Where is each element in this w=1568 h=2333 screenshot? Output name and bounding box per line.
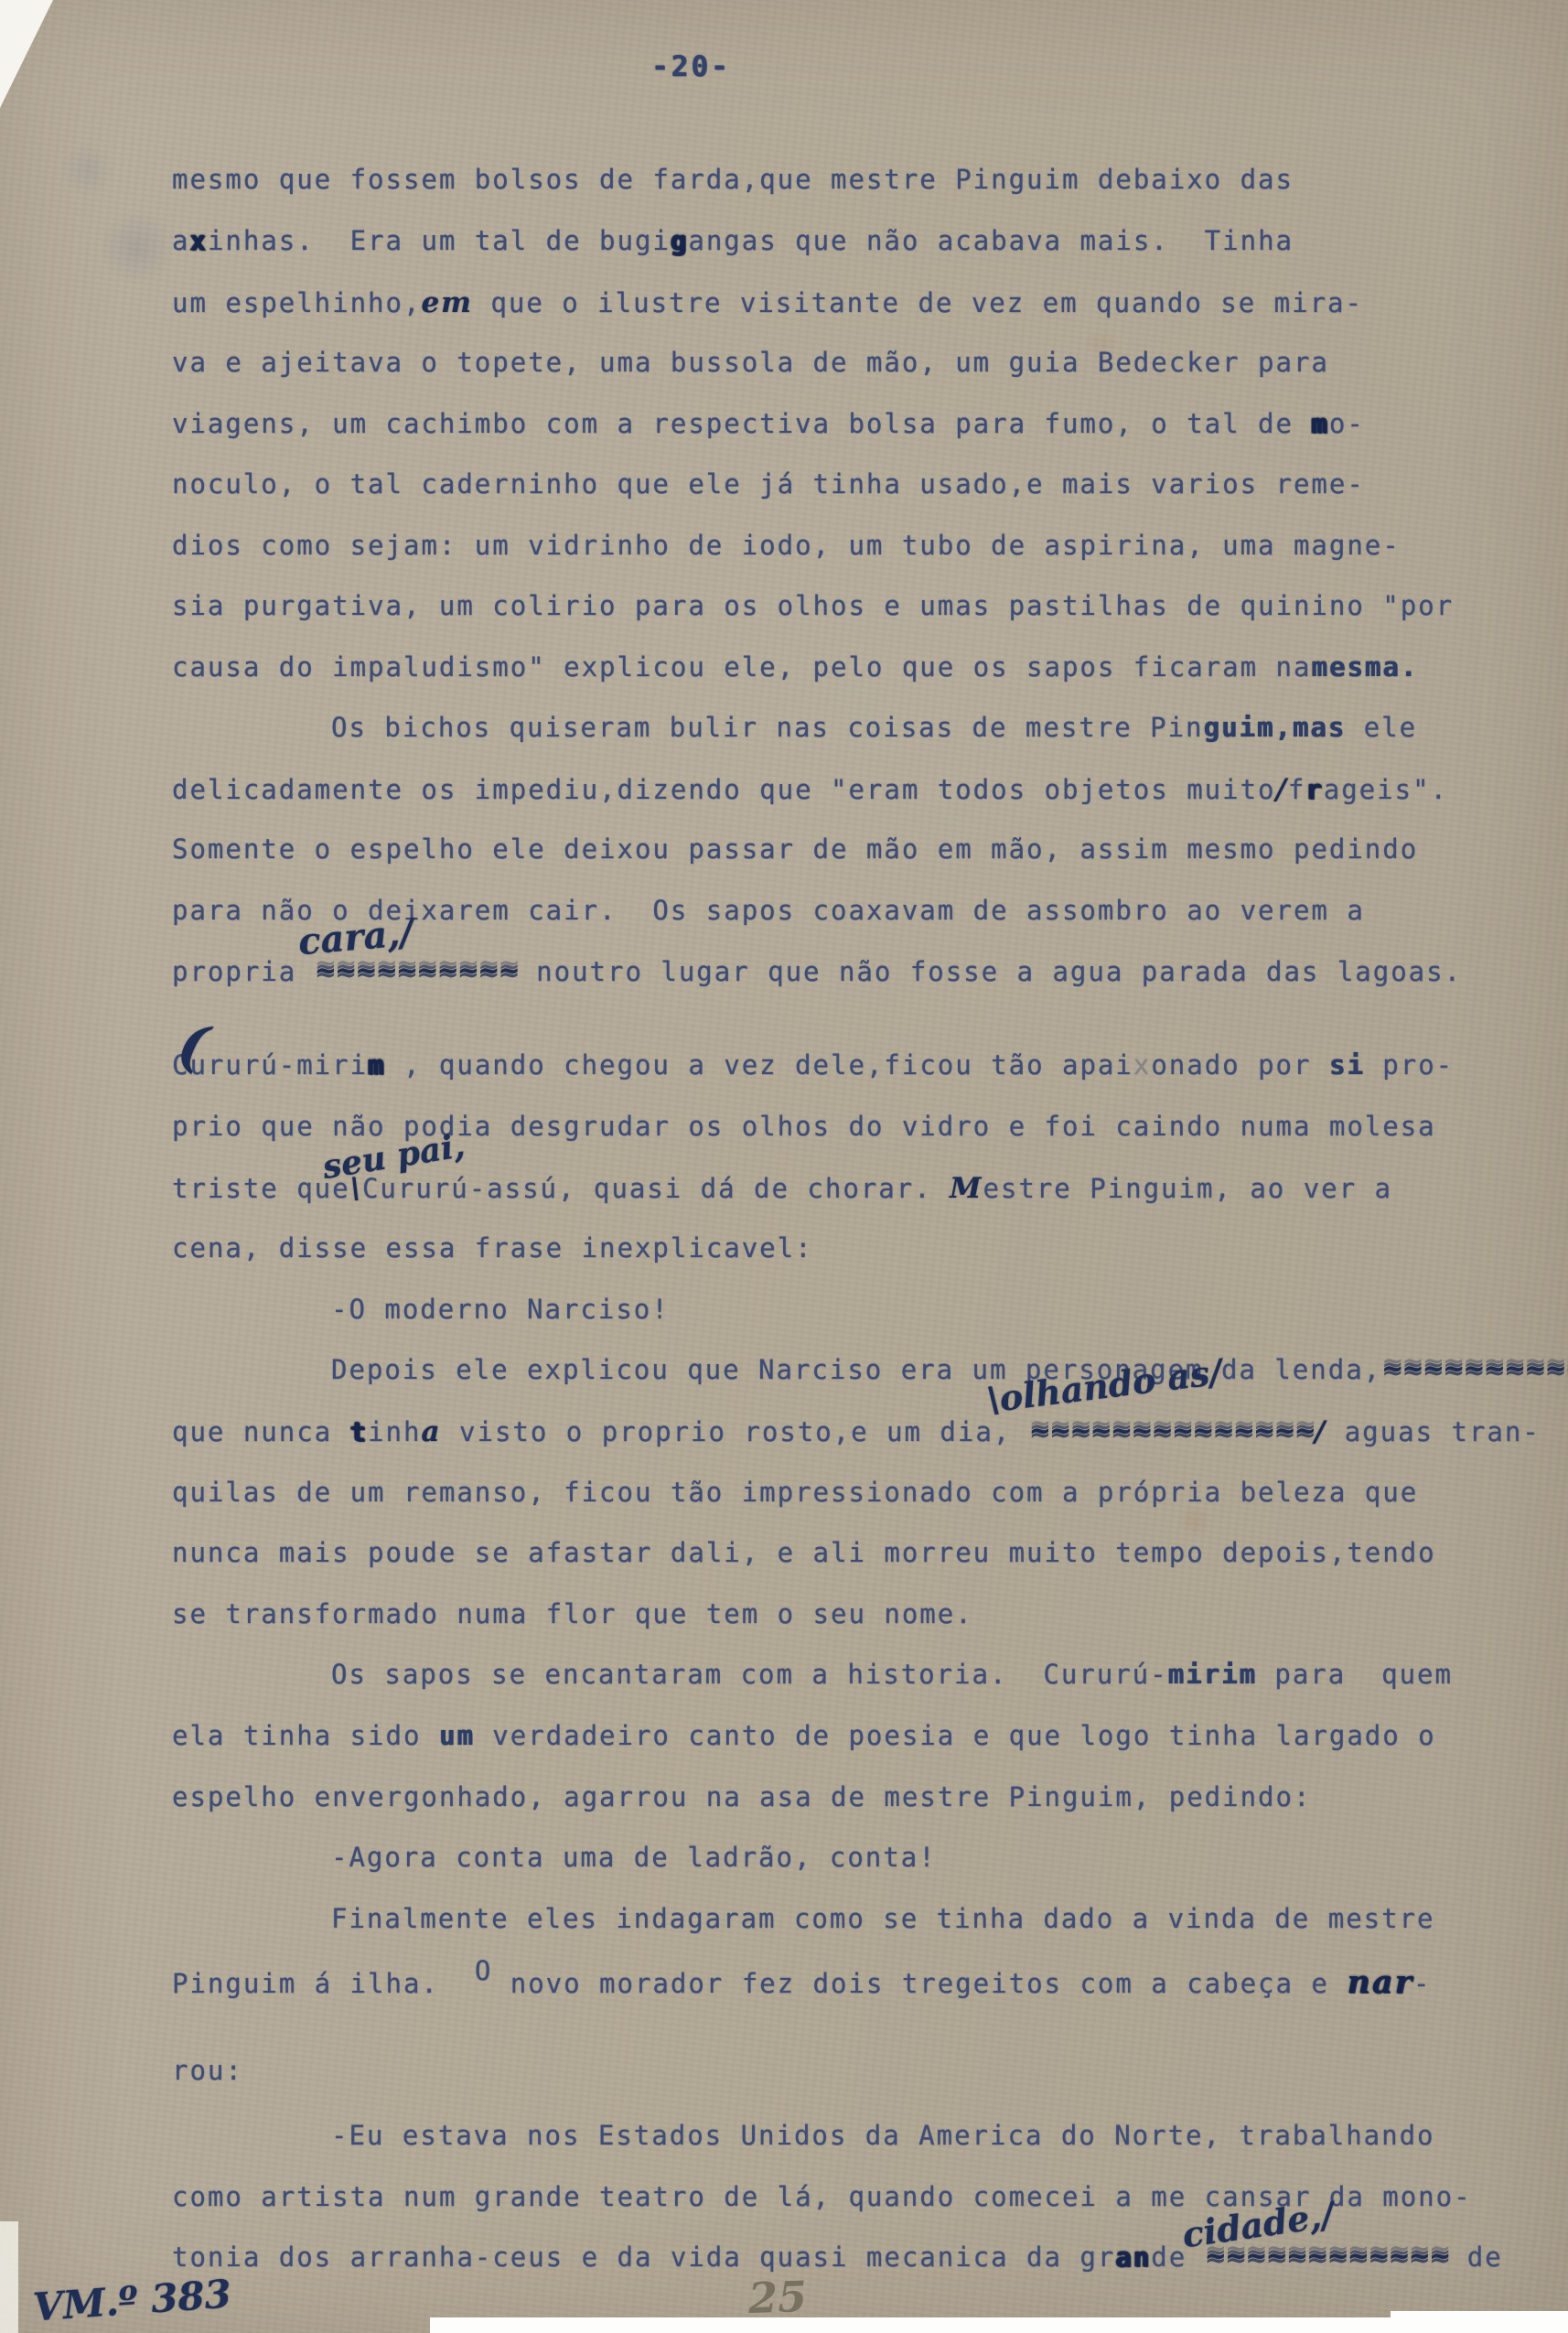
typed-line: Somente o espelho ele deixou passar de m… <box>172 836 1418 863</box>
text-segment: novo morador fez dois tregeitos com a ca… <box>492 1968 1347 1999</box>
typed-line: dios como sejam: um vidrinho de iodo, um… <box>172 532 1401 559</box>
scribbled-out-word: ~~~~~~~~~~ <box>1381 1352 1568 1383</box>
text-segment: Os bichos quiseram bulir nas coisas de m… <box>331 712 1204 743</box>
text-segment: espelho envergonhado, agarrou na asa de … <box>172 1781 1311 1812</box>
overstruck-character: g <box>671 225 688 256</box>
typed-line: espelho envergonhado, agarrou na asa de … <box>172 1784 1311 1811</box>
handwritten-overtype: em <box>421 286 473 319</box>
text-segment: O <box>475 1955 492 1986</box>
typed-line: Cururú-mirim , quando chegou a vez dele,… <box>172 1052 1454 1079</box>
text-segment: viagens, um cachimbo com a respectiva bo… <box>172 408 1311 439</box>
handwritten-overtype: a <box>421 1415 441 1448</box>
handwritten-overtype: / <box>1315 1415 1326 1448</box>
text-segment: que o ilustre visitante de vez em quando… <box>473 287 1363 318</box>
text-segment: Pinguim á ilha. <box>172 1968 475 1999</box>
text-segment: triste que <box>172 1173 350 1204</box>
typed-line: axinhas. Era um tal de bugigangas que nã… <box>172 228 1294 254</box>
text-segment: propria <box>172 956 315 987</box>
scribbled-out-word: ~~~~~~~~~~~~~~ <box>1029 1414 1315 1446</box>
overstruck-character: m <box>1311 408 1328 439</box>
text-segment: causa do impaludismo" explicou ele, pelo… <box>172 651 1311 683</box>
text-segment: delicadamente os impediu,dizendo que "er… <box>172 774 1276 805</box>
overstruck-character: x <box>189 225 207 256</box>
typed-line: se transformado numa flor que tem o seu … <box>172 1601 973 1628</box>
text-segment: quilas de um remanso, ficou tão impressi… <box>172 1477 1418 1508</box>
handwritten-overtype: nar <box>1347 1963 1413 2001</box>
typed-line: Pinguim á ilha. O novo morador fez dois … <box>172 1966 1431 1998</box>
text-segment: guim,mas <box>1204 712 1347 743</box>
handwritten-annotation: cara,/ <box>296 915 414 962</box>
typed-line: um espelhinho,em que o ilustre visitante… <box>172 289 1363 317</box>
typescript-page: -20- mesmo que fossem bolsos de farda,qu… <box>0 0 1568 2333</box>
typed-line: delicadamente os impediu,dizendo que "er… <box>172 776 1448 804</box>
typed-line: cena, disse essa frase inexplicavel: <box>172 1235 813 1262</box>
text-segment: angas que não acabava mais. Tinha <box>688 225 1294 256</box>
text-segment: prio que não podia desgrudar os olhos do… <box>172 1111 1436 1142</box>
text-segment: estre Pinguim, ao ver a <box>983 1173 1392 1204</box>
typed-line: rou: <box>172 2058 243 2084</box>
text-segment: Finalmente eles indagaram como se tinha … <box>331 1903 1435 1934</box>
torn-corner <box>0 0 53 108</box>
typed-line: -O moderno Narciso! <box>331 1296 670 1323</box>
typed-line: va e ajeitava o topete, uma bussola de m… <box>172 349 1329 376</box>
typed-line: tonia dos arranha-ceus e da vida quasi m… <box>172 2244 1503 2271</box>
typed-line: noculo, o tal caderninho que ele já tinh… <box>172 471 1365 498</box>
typed-line: ela tinha sido um verdadeiro canto de po… <box>172 1723 1436 1749</box>
text-segment: mesma. <box>1311 651 1418 683</box>
text-segment: nunca mais poude se afastar dali, e ali … <box>172 1537 1436 1568</box>
text-segment: sia purgativa, um colirio para os olhos … <box>172 590 1454 621</box>
text-segment: -Agora conta uma de ladrão, conta! <box>331 1842 937 1873</box>
typed-line: que nunca tinha visto o proprio rosto,e … <box>172 1418 1541 1446</box>
typed-line: mesmo que fossem bolsos de farda,que mes… <box>172 167 1294 193</box>
text-segment: Os sapos se encantaram com a historia. C… <box>331 1659 1168 1690</box>
text-segment: tonia dos arranha-ceus e da vida quasi m… <box>172 2242 1115 2273</box>
text-segment: um espelhinho, <box>172 287 421 318</box>
text-segment: x <box>1133 1049 1151 1080</box>
text-segment: noculo, o tal caderninho que ele já tinh… <box>172 468 1365 500</box>
page-number: -20- <box>651 50 731 83</box>
text-segment: -O moderno Narciso! <box>331 1294 670 1325</box>
text-segment: onado por <box>1151 1049 1329 1080</box>
text-segment: ageis". <box>1324 774 1448 805</box>
text-segment: de <box>1449 2242 1502 2273</box>
text-segment: dios como sejam: um vidrinho de iodo, um… <box>172 530 1401 561</box>
typed-line: prio que não podia desgrudar os olhos do… <box>172 1113 1436 1140</box>
overstruck-character: t <box>350 1416 368 1447</box>
pencil-annotation: 25 <box>747 2275 808 2319</box>
typed-line: causa do impaludismo" explicou ele, pelo… <box>172 654 1418 681</box>
text-segment: um <box>439 1720 475 1751</box>
overstruck-character: r <box>1305 774 1323 805</box>
typed-line: viagens, um cachimbo com a respectiva bo… <box>172 411 1365 437</box>
text-segment: se transformado numa flor que tem o seu … <box>172 1598 973 1629</box>
text-segment: ele <box>1346 712 1417 743</box>
handwritten-overtype: / <box>1276 773 1288 806</box>
text-segment: noutro lugar que não fosse a agua parada… <box>519 956 1462 987</box>
typed-line: -Eu estava nos Estados Unidos da America… <box>331 2123 1435 2149</box>
typed-line: -Agora conta uma de ladrão, conta! <box>331 1844 937 1871</box>
text-segment: Cururú-assú, quasi dá de chorar. <box>362 1173 950 1204</box>
text-segment: - <box>1413 1968 1431 1999</box>
handwritten-annotation: VM.º 383 <box>32 2274 232 2327</box>
text-segment: ela tinha sido <box>172 1720 439 1751</box>
handwritten-overtype: M <box>950 1172 983 1205</box>
text-segment: pro- <box>1365 1049 1454 1080</box>
typed-line: quilas de um remanso, ficou tão impressi… <box>172 1479 1418 1506</box>
typed-line: nunca mais poude se afastar dali, e ali … <box>172 1540 1436 1566</box>
text-segment: -Eu estava nos Estados Unidos da America… <box>331 2120 1435 2151</box>
typed-line: Depois ele explicou que Narciso era um p… <box>331 1357 1568 1383</box>
overstruck-character: m <box>368 1049 385 1080</box>
text-segment: mirim <box>1168 1659 1257 1690</box>
text-segment: , quando chegou a vez dele,ficou tão apa… <box>386 1049 1133 1080</box>
text-segment: rou: <box>172 2055 243 2086</box>
text-segment: a <box>172 225 189 256</box>
typed-line: sia purgativa, um colirio para os olhos … <box>172 593 1454 619</box>
page-edge <box>0 2221 18 2333</box>
text-segment: para quem <box>1257 1659 1453 1690</box>
overstruck-character: an <box>1115 2242 1151 2273</box>
typed-line: Os bichos quiseram bulir nas coisas de m… <box>331 715 1417 741</box>
text-segment: f <box>1288 774 1305 805</box>
text-segment: que nunca <box>172 1416 350 1447</box>
text-segment: inhas. Era um tal de bugi <box>208 225 671 256</box>
text-segment: va e ajeitava o topete, uma bussola de m… <box>172 347 1329 378</box>
text-segment: aguas tran- <box>1326 1416 1541 1447</box>
typed-line: Finalmente eles indagaram como se tinha … <box>331 1906 1435 1932</box>
text-segment: inh <box>368 1416 421 1447</box>
text-segment: mesmo que fossem bolsos de farda,que mes… <box>172 164 1294 195</box>
text-segment: visto o proprio rosto,e um dia, <box>442 1416 1029 1447</box>
text-segment: verdadeiro canto de poesia e que logo ti… <box>475 1720 1436 1751</box>
typed-line: propria ~~~~~~~~~~ noutro lugar que não … <box>172 959 1462 985</box>
text-segment: Depois ele explicou que Narciso era um p… <box>331 1354 1381 1385</box>
text-segment: o- <box>1329 408 1365 439</box>
text-segment: Somente o espelho ele deixou passar de m… <box>172 833 1418 865</box>
scan-edge-strip-right <box>1391 2311 1568 2333</box>
text-segment: cena, disse essa frase inexplicavel: <box>172 1232 813 1263</box>
text-segment: si <box>1329 1049 1365 1080</box>
typed-line: Os sapos se encantaram com a historia. C… <box>331 1661 1453 1688</box>
